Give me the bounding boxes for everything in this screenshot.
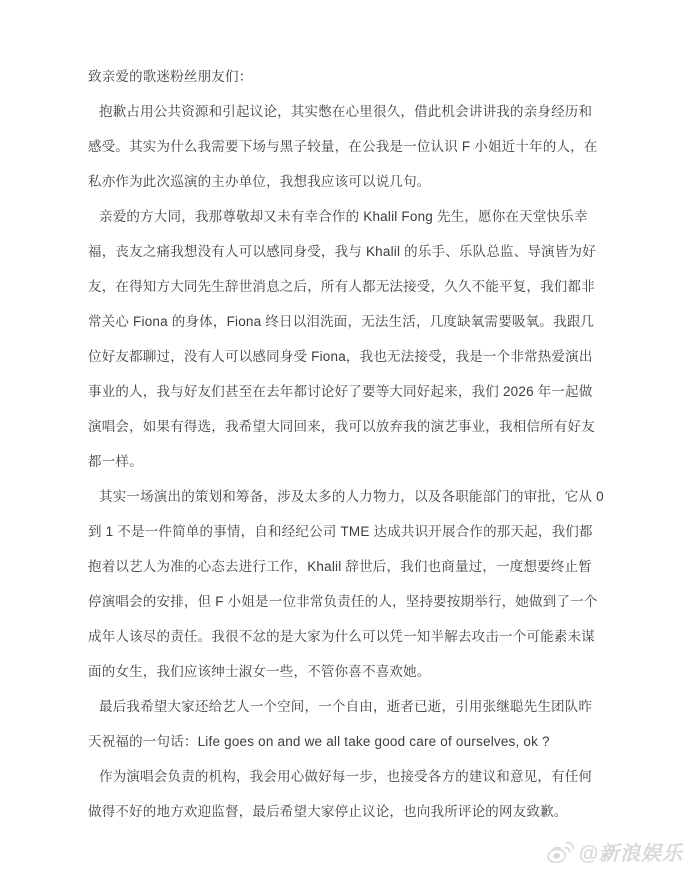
- watermark-text: @新浪娱乐: [578, 837, 683, 866]
- weibo-icon: [546, 840, 574, 864]
- statement-letter: 致亲爱的歌迷粉丝朋友们： 抱歉占用公共资源和引起议论，其实憋在心里很久，借此机会…: [88, 59, 605, 829]
- paragraph-tribute: 亲爱的方大同，我那尊敬却又未有幸合作的 Khalil Fong 先生，愿你在天堂…: [88, 199, 605, 479]
- watermark: @新浪娱乐: [546, 837, 683, 866]
- salutation: 致亲爱的歌迷粉丝朋友们：: [88, 59, 605, 94]
- paragraph-closing: 作为演唱会负责的机构，我会用心做好每一步，也接受各方的建议和意见，有任何做得不好…: [88, 759, 605, 829]
- paragraph-concert-planning: 其实一场演出的策划和筹备，涉及太多的人力物力，以及各职能部门的审批，它从 0 到…: [88, 479, 605, 689]
- paragraph-appeal: 最后我希望大家还给艺人一个空间，一个自由，逝者已逝，引用张继聪先生团队昨天祝福的…: [88, 689, 605, 759]
- paragraph-apology: 抱歉占用公共资源和引起议论，其实憋在心里很久，借此机会讲讲我的亲身经历和感受。其…: [88, 94, 605, 199]
- statement-page: 致亲爱的歌迷粉丝朋友们： 抱歉占用公共资源和引起议论，其实憋在心里很久，借此机会…: [0, 0, 690, 875]
